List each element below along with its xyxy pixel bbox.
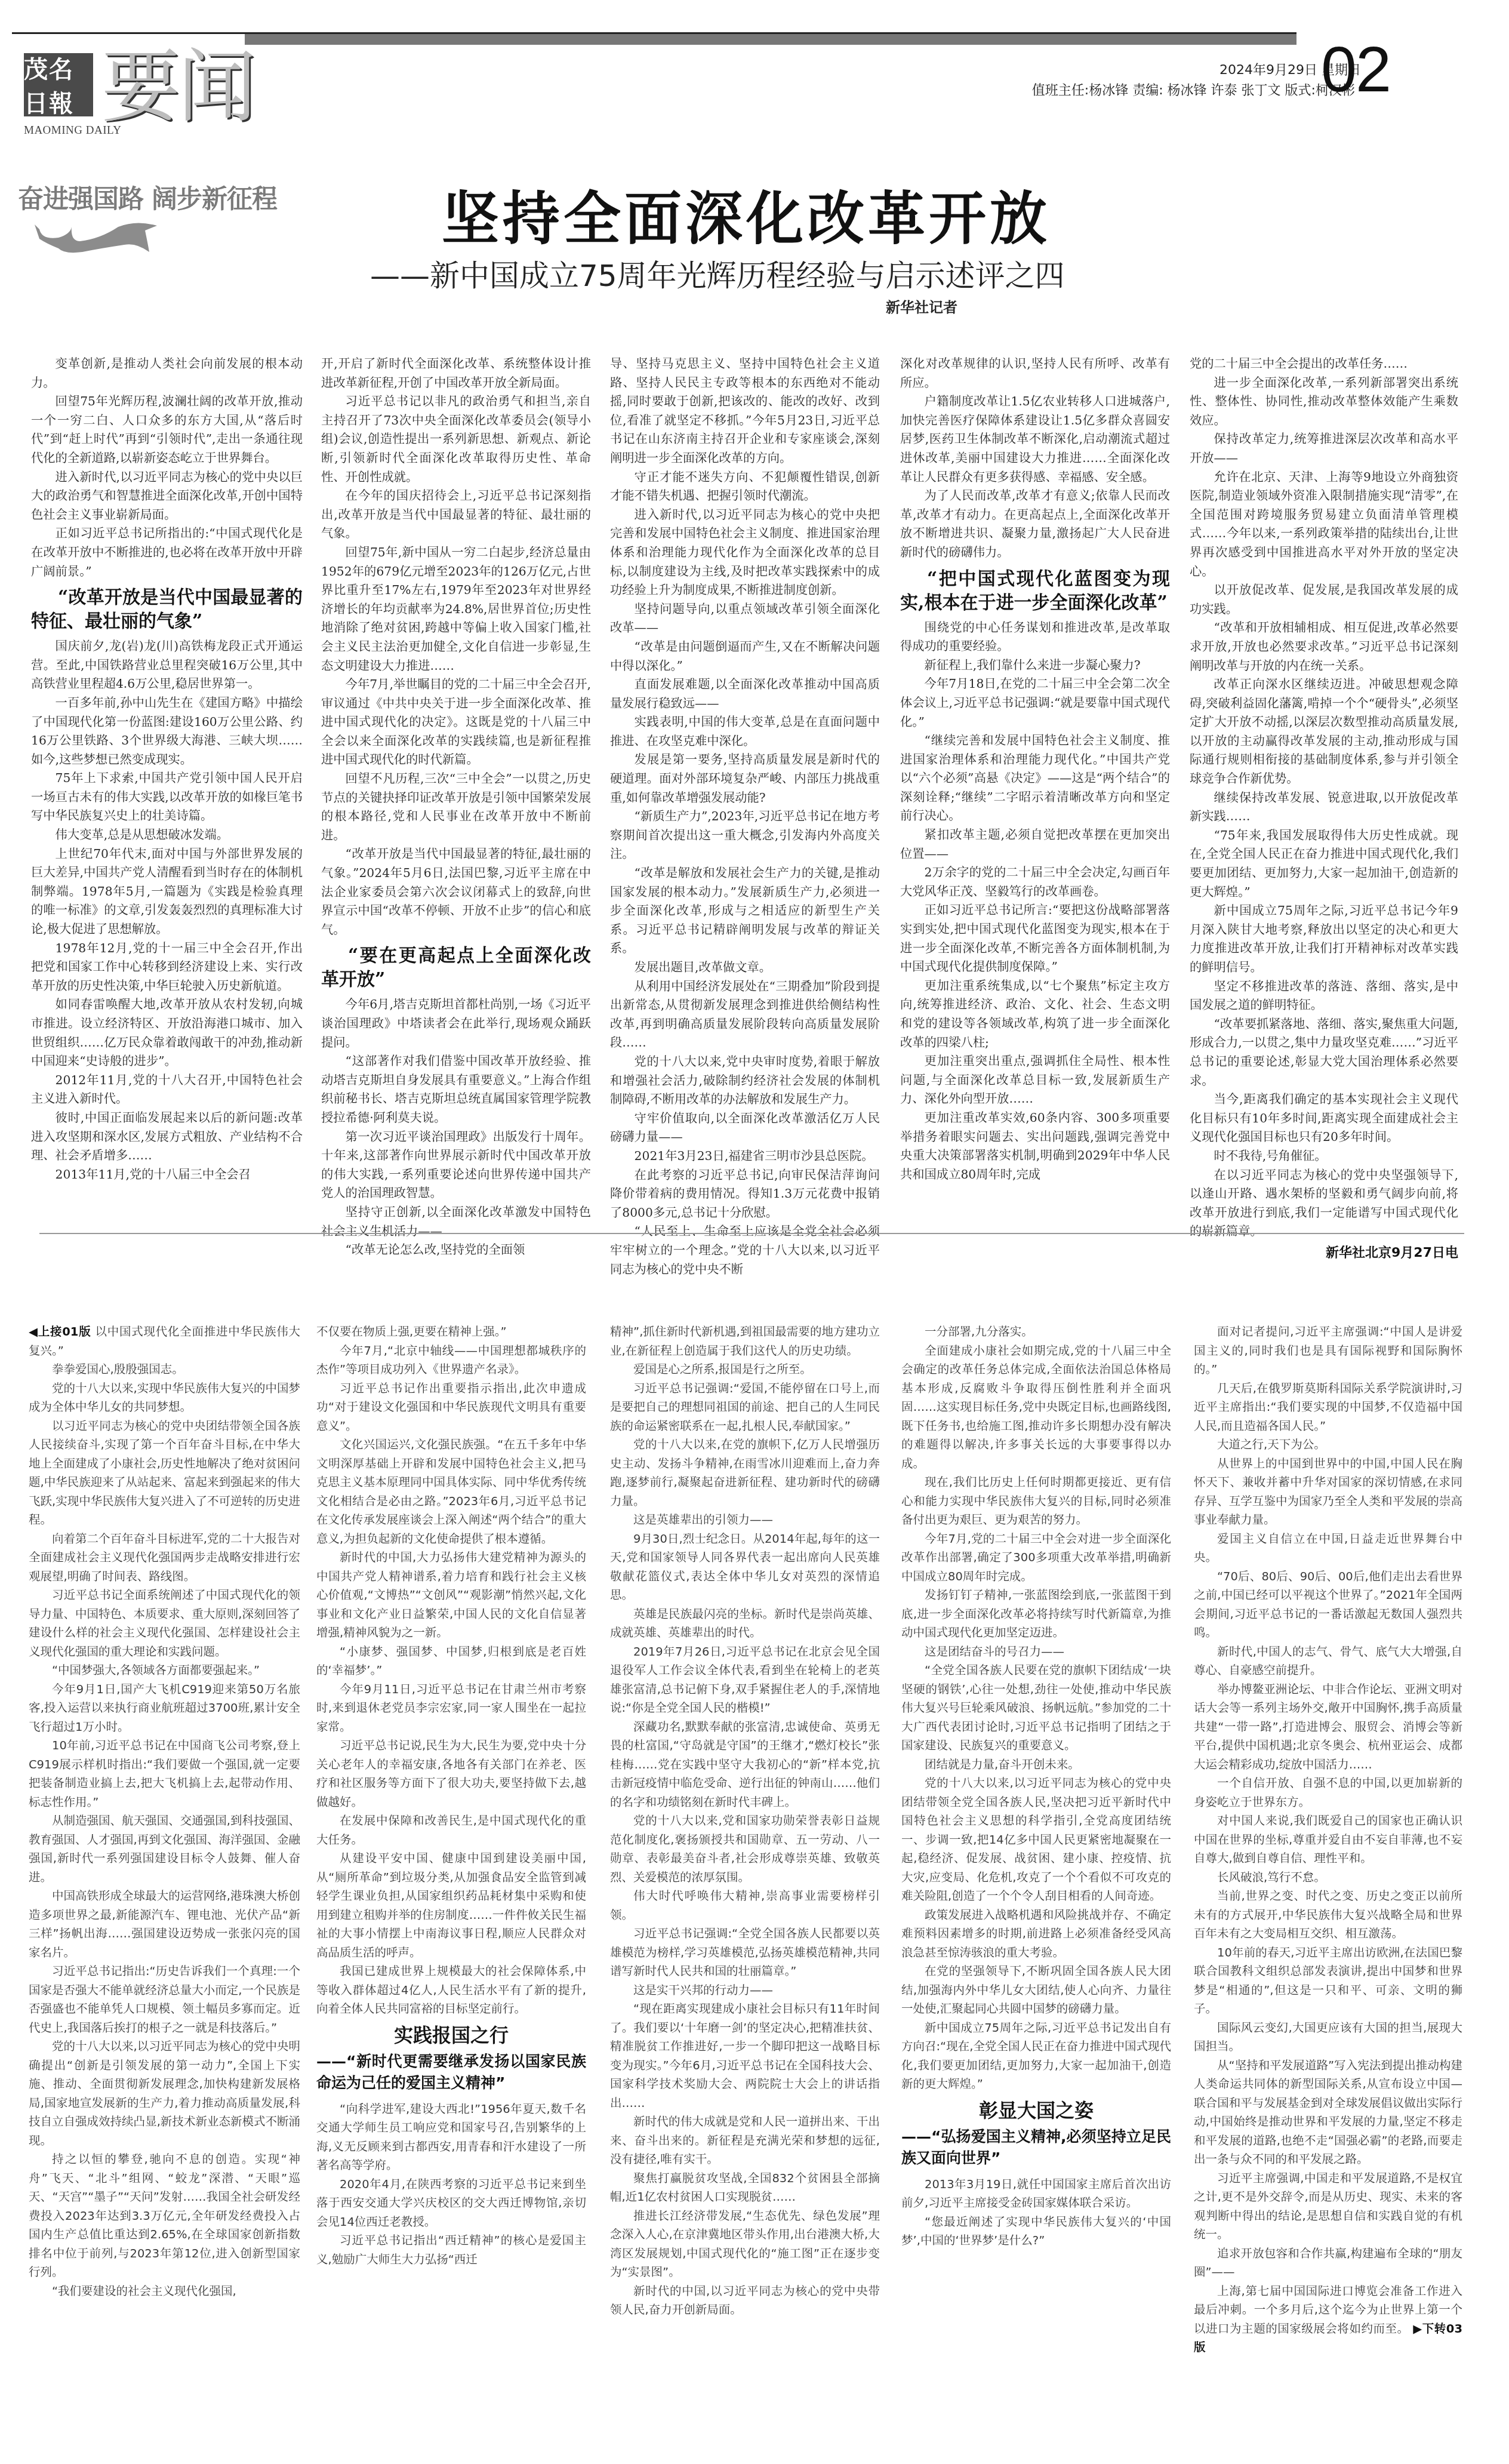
paragraph: 新时代的中国,大力弘扬伟大建党精神为源头的中国共产党人精神谱系,着力培育和践行社… xyxy=(316,1548,586,1642)
paragraph: 继续保持改革发展、锐意进取,以开放促改革新实践…… xyxy=(1190,789,1458,826)
article-column-1: 变革创新,是推动人类社会向前发展的根本动力。 回望75年光辉历程,波澜壮阔的改革… xyxy=(31,355,303,1310)
paragraph: 进入新时代,以习近平同志为核心的党中央把完善和发展中国特色社会主义制度、推进国家… xyxy=(610,506,880,600)
paragraph: 习近平总书记以非凡的政治勇气和担当,亲自主持召开了73次中央全面深化改革委员会(… xyxy=(321,392,591,487)
paragraph: “75年来,我国发展取得伟大历史性成就。现在,全党全国人民正在奋力推进中国式现代… xyxy=(1190,826,1458,902)
paragraph: 我国已建成世界上规模最大的社会保障体系,中等收入群体超过4亿人,人民生活水平有了… xyxy=(316,1962,586,2019)
paragraph: “这部著作对我们借鉴中国改革开放经验、推动塔吉克斯坦自身发展具有重要意义。”上海… xyxy=(321,1052,591,1127)
paragraph: 2013年11月,党的十八届三中全会召 xyxy=(31,1165,303,1185)
ribbon-icon xyxy=(35,221,160,257)
newspaper-logo[interactable]: 茂名日報 xyxy=(24,53,93,116)
paragraph: 坚定不移推进改革的落涟、落细、落实,是中国发展之道的鲜明特征。 xyxy=(1190,977,1458,1015)
section-heading: 彰显大国之姿 xyxy=(901,2099,1171,2122)
paragraph: “继续完善和发展中国特色社会主义制度、推进国家治理体系和治理能力现代化。”中国共… xyxy=(900,731,1170,826)
paragraph: “全党全国各族人民要在党的旗帜下团结成‘一块坚硬的钢铁’,心往一处想,劲往一处使… xyxy=(901,1661,1171,1755)
paragraph: 新征程上,我们靠什么来进一步凝心聚力? xyxy=(900,656,1170,675)
paragraph: 这是英雄辈出的引领力—— xyxy=(610,1511,880,1530)
paragraph: 坚持问题导向,以重点领域改革引领全面深化改革—— xyxy=(610,600,880,638)
paragraph: 发扬钉钉子精神,一张蓝图绘到底,一张蓝图干到底,进一步全面深化改革必将持续写时代… xyxy=(901,1586,1171,1642)
paragraph: 在发展中保障和改善民生,是中国式现代化的重大任务。 xyxy=(316,1811,586,1849)
paragraph: 第一次习近平谈治国理政》出版发行十周年。十年来,这部著作向世界展示新时代中国改革… xyxy=(321,1128,591,1203)
paragraph: 深化对改革规律的认识,坚持人民有所呼、改革有所应。 xyxy=(900,355,1170,392)
paragraph: 伟大变革,总是从思想破冰发端。 xyxy=(31,826,303,845)
paragraph: 国庆前夕,龙(岩)龙(川)高铁梅龙段正式开通运营。至此,中国铁路营业总里程突破1… xyxy=(31,637,303,694)
editorial-staff: 值班主任:杨冰锋 责编: 杨冰锋 许泰 张丁文 版式:柯汉彬 xyxy=(1032,80,1355,99)
paragraph: 习近平总书记指出“西迁精神”的核心是爱国主义,勉励广大师生大力弘扬“西迁 xyxy=(316,2231,586,2269)
page-number: 02 xyxy=(1321,37,1390,101)
section-heading: “要在更高起点上全面深化改革开放” xyxy=(321,944,591,992)
paragraph: 精神”,抓住新时代新机遇,到祖国最需要的地方建功立业,在新征程上创造属于我们这代… xyxy=(610,1322,880,1360)
paragraph: 英雄是民族最闪亮的坐标。新时代是崇尚英雄、成就英雄、英雄辈出的时代。 xyxy=(610,1605,880,1642)
paragraph: 为了人民而改革,改革才有意义;依靠人民而改革,改革才有动力。在更高起点上,全面深… xyxy=(900,487,1170,562)
paragraph: 不仅要在物质上强,更要在精神上强。” xyxy=(316,1322,586,1342)
paragraph: 上世纪70年代末,面对中国与外部世界发展的巨大差异,中国共产党人清醒看到当时存在… xyxy=(31,845,303,939)
paragraph: 今年6月,塔吉克斯坦首都杜尚别,一场《习近平谈治国理政》中塔读者会在此举行,现场… xyxy=(321,995,591,1052)
paragraph: 党的十八大以来,在党的旗帜下,亿万人民增强历史主动、发扬斗争精神,在雨雪冰川迎难… xyxy=(610,1435,880,1511)
paragraph: 习近平总书记说,民生为大,民生为要,党中央十分关心老年人的幸福安康,各地各有关部… xyxy=(316,1736,586,1811)
paragraph: 开,开启了新时代全面深化改革、系统整体设计推进改革新征程,开创了中国改革开放全新… xyxy=(321,355,591,392)
paragraph: 习近平总书记作出重要指示指出,此次申遗成功“对于建设文化强国和中华民族现代文明具… xyxy=(316,1379,586,1436)
paragraph: 今年7月18日,在党的二十届三中全会第二次全体会议上,习近平总书记强调:“就是要… xyxy=(900,675,1170,731)
paragraph: 对中国人来说,我们既爱自己的国家也正确认识中国在世界的坐标,尊重并爱自由不妄自菲… xyxy=(1194,1811,1462,1868)
paragraph: 中国高铁形成全球最大的运营网络,港珠澳大桥创造多项世界之最,新能源汽车、锂电池、… xyxy=(29,1887,300,1962)
paragraph: 正如习近平总书记所指出的:“中国式现代化是在改革开放中不断推进的,也必将在改革开… xyxy=(31,524,303,581)
paragraph: 追求开放包容和合作共赢,构建遍布全球的“朋友圈”—— xyxy=(1194,2244,1462,2282)
paragraph: 爱国主义自信立在中国,日益走近世界舞台中央。 xyxy=(1194,1530,1462,1567)
paragraph: 从建设平安中国、健康中国到建设美丽中国,从“厕所革命”到垃圾分类,从加强食品安全… xyxy=(316,1849,586,1962)
paragraph: 大道之行,天下为公。 xyxy=(1194,1435,1462,1454)
paragraph: 党的十八大以来,党中央审时度势,着眼于解放和增强社会活力,破除制约经济社会发展的… xyxy=(610,1053,880,1109)
paragraph: 在以习近平同志为核心的党中央坚强领导下,以逢山开路、遇水架桥的坚毅和勇气阔步向前… xyxy=(1190,1166,1458,1241)
section-subheading: ——“新时代更需要继承发扬以国家民族命运为己任的爱国主义精神” xyxy=(316,2051,586,2094)
paragraph: 拳拳爱国心,殷殷强国志。 xyxy=(29,1360,300,1379)
paragraph: 在今年的国庆招待会上,习近平总书记深刻指出,改革开放是当代中国最显著的特征、最壮… xyxy=(321,487,591,543)
paragraph: 这是实干兴邦的行动力—— xyxy=(610,1981,880,2000)
paragraph: 更加注重改革实效,60条内容、300多项重要举措务着眼实问题去、实出问题践,强调… xyxy=(900,1109,1170,1184)
paragraph: 保持改革定力,统筹推进深层次改革和高水平开放—— xyxy=(1190,430,1458,467)
paragraph: “70后、80后、90后、00后,他们走出去看世界之前,中国已经可以平视这个世界… xyxy=(1194,1567,1462,1642)
paragraph: 面对记者提问,习近平主席强调:“中国人是讲爱国主义的,同时我们也是具有国际视野和… xyxy=(1194,1322,1462,1379)
paragraph: 今年7月,“北京中轴线——中国理想都城秩序的杰作”等项目成功列入《世界遗产名录》… xyxy=(316,1342,586,1379)
paragraph: “改革是由问题倒逼而产生,又在不断解决问题中得以深化。” xyxy=(610,638,880,675)
paragraph: 回望不凡历程,三次“三中全会”一以贯之,历史节点的关键抉择印证改革开放是引领中国… xyxy=(321,770,591,845)
paragraph: 10年前,习近平总书记在中国商飞公司考察,登上C919展示样机时指出:“我们要做… xyxy=(29,1736,300,1811)
continued-column-4: 一分部署,九分落实。 全面建成小康社会如期完成,党的十八届三中全会确定的改革任务… xyxy=(901,1322,1171,2463)
paragraph: “改革无论怎么改,坚持党的全面领 xyxy=(321,1241,591,1260)
paragraph: 直面发展难题,以全面深化改革推动中国高质量发展行稳致远—— xyxy=(610,675,880,713)
article-subhead: ——新中国成立75周年光辉历程经验与启示述评之四 xyxy=(370,252,1065,295)
paragraph: 党的十八大以来,实现中华民族伟大复兴的中国梦成为全体中华儿女的共同梦想。 xyxy=(29,1379,300,1417)
article-column-5: 党的二十届三中全会提出的改革任务…… 进一步全面深化改革,一系列新部署突出系统性… xyxy=(1190,355,1458,1310)
paragraph: 2万余字的党的二十届三中全会决定,勾画百年大党风华正茂、坚毅笃行的改革画卷。 xyxy=(900,863,1170,901)
paragraph: 聚焦打赢脱贫攻坚战,全国832个贫困县全部摘帽,近1亿农村贫困人口实现脱贫…… xyxy=(610,2169,880,2207)
paragraph: 发展出题目,改革做文章。 xyxy=(610,958,880,977)
paragraph: 2021年3月23日,福建省三明市沙县总医院。 xyxy=(610,1147,880,1166)
paragraph: “我们要建设的社会主义现代化强国, xyxy=(29,2282,300,2301)
paragraph: 从“坚持和平发展道路”写入宪法到提出推动构建人类命运共同体的新型国际关系,从宣布… xyxy=(1194,2056,1462,2169)
paragraph: 以开放促改革、促发展,是我国改革发展的成功实践。 xyxy=(1190,581,1458,619)
paragraph: 现在,我们比历史上任何时期都更接近、更有信心和能力实现中华民族伟大复兴的目标,同… xyxy=(901,1473,1171,1530)
paragraph: 党的十八大以来,以习近平同志为核心的党中央明确提出“创新是引领发展的第一动力”,… xyxy=(29,2037,300,2150)
paragraph: 习近平总书记指出:“历史告诉我们一个真理:一个国家是否强大不能单就经济总量大小而… xyxy=(29,1962,300,2037)
continued-from-link[interactable]: ◀上接01版 xyxy=(29,1325,91,1339)
paragraph: 如同春雷唤醒大地,改革开放从农村发轫,向城市推进。设立经济特区、开放沿海港口城市… xyxy=(31,995,303,1070)
section-heading: “把中国式现代化蓝图变为现实,根本在于进一步全面深化改革” xyxy=(900,567,1170,615)
paragraph: 习近平总书记强调:“爱国,不能停留在口号上,而是要把自己的理想同祖国的前途、把自… xyxy=(610,1379,880,1436)
section-heading: “改革开放是当代中国最显著的特征、最壮丽的气象” xyxy=(31,586,303,633)
paragraph: 一百多年前,孙中山先生在《建国方略》中描绘了中国现代化第一份蓝图:建设160万公… xyxy=(31,694,303,769)
paragraph: 围绕党的中心任务谋划和推进改革,是改革取得成功的重要经验。 xyxy=(900,619,1170,656)
paragraph: 几天后,在俄罗斯莫斯科国际关系学院演讲时,习近平主席指出:“我们要实现的中国梦,… xyxy=(1194,1379,1462,1436)
paragraph: 更加注重系统集成,以“七个聚焦”标定主攻方向,统筹推进经济、政治、文化、社会、生… xyxy=(900,977,1170,1052)
paragraph: 这是团结奋斗的号召力—— xyxy=(901,1642,1171,1662)
paragraph: 2019年7月26日,习近平总书记在北京会见全国退役军人工作会议全体代表,看到坐… xyxy=(610,1642,880,1718)
paragraph: “改革要抓紧落地、落细、落实,聚焦重大问题,形成合力,一以贯之,集中力量攻坚克难… xyxy=(1190,1015,1458,1090)
section-title: 要闻 xyxy=(101,48,254,127)
paragraph: 坚持守正创新,以全面深化改革激发中国特色社会主义生机活力—— xyxy=(321,1203,591,1241)
paragraph: 国际风云变幻,大国更应该有大国的担当,展现大国担当。 xyxy=(1194,2019,1462,2056)
section-subheading: ——“弘扬爱国主义精神,必须坚持立足民族又面向世界” xyxy=(901,2126,1171,2169)
column-banner: 奋进强国路 阔步新征程 xyxy=(18,179,155,216)
paragraph: “人民至上、生命至上应该是全党全社会必须牢牢树立的一个理念。”党的十八大以来,以… xyxy=(610,1222,880,1279)
paragraph: 9月30日,烈士纪念日。从2014年起,每年的这一天,党和国家领导人同各界代表一… xyxy=(610,1530,880,1605)
paragraph: 党的二十届三中全会提出的改革任务…… xyxy=(1190,355,1458,374)
paragraph: 持之以恒的攀登,驰向不息的创造。实现“神舟”飞天、“北斗”组网、“蛟龙”深潜、“… xyxy=(29,2150,300,2282)
newspaper-logo-en: MAOMING DAILY xyxy=(24,124,93,137)
paragraph: 回望75年,新中国从一穷二白起步,经济总量由1952年的679亿元增至2023年… xyxy=(321,543,591,675)
paragraph: 户籍制度改革让1.5亿农业转移人口进城落户,加快完善医疗保障体系建设让1.5亿多… xyxy=(900,392,1170,487)
paragraph: 新中国成立75周年之际,习近平总书记今年9月深入陕甘大地考察,释放出以坚定的决心… xyxy=(1190,902,1458,977)
article-column-2: 开,开启了新时代全面深化改革、系统整体设计推进改革新征程,开创了中国改革开放全新… xyxy=(321,355,591,1310)
paragraph: 彼时,中国正面临发展起来以后的新问题:改革进入攻坚期和深水区,发展方式粗放、产业… xyxy=(31,1109,303,1165)
paragraph: 变革创新,是推动人类社会向前发展的根本动力。 xyxy=(31,355,303,392)
paragraph: 在此考察的习近平总书记,向审民保洁萍询问降价带着病的费用情况。得知1.3万元花费… xyxy=(610,1166,880,1223)
paragraph: 团结就是力量,奋斗开创未来。 xyxy=(901,1755,1171,1774)
paragraph: 10年前的春天,习近平主席出访欧洲,在法国巴黎联合国教科文组织总部发表演讲,提出… xyxy=(1194,1943,1462,2019)
paragraph: “向科学进军,建设大西北!”1956年夏天,数千名交通大学师生员工响应党和国家号… xyxy=(316,2100,586,2175)
paragraph: 上海,第七届中国国际进口博览会准备工作进入最后冲刺。一个多月后,这个迄今为止世界… xyxy=(1194,2282,1462,2357)
paragraph: 以习近平同志为核心的党中央团结带领全国各族人民接续奋斗,实现了第一个百年奋斗目标… xyxy=(29,1417,300,1530)
paragraph: 伟大时代呼唤伟大精神,崇高事业需要榜样引领。 xyxy=(610,1887,880,1924)
paragraph: 守正才能不迷失方向、不犯颠覆性错误,创新才能不错失机遇、把握引领时代潮流。 xyxy=(610,468,880,506)
paragraph: 党的十八大以来,党和国家功勋荣誉表彰日益规范化制度化,褒扬颁授共和国勋章、五一劳… xyxy=(610,1811,880,1887)
paragraph: 今年9月1日,国产大飞机C919迎来第50万名旅客,投入运营以来执行商业航班超过… xyxy=(29,1680,300,1737)
paragraph: 紧扣改革主题,必须自觉把改革摆在更加突出位置—— xyxy=(900,826,1170,863)
article-column-3: 导、坚持马克思主义、坚持中国特色社会主义道路、坚持人民民主专政等根本的东西绝对不… xyxy=(610,355,880,1310)
paragraph: “现在距离实现建成小康社会目标只有11年时间了。我们要以‘十年磨一剑’的坚定决心… xyxy=(610,1999,880,2112)
paragraph: 新中国成立75周年之际,习近平总书记发出自有方向召:“现在,全党全国人民正在奋力… xyxy=(901,2019,1171,2094)
paragraph: 进一步全面深化改革,一系列新部署突出系统性、整体性、协同性,推动改革整体效能产生… xyxy=(1190,374,1458,430)
paragraph: 新时代的中国,以习近平同志为核心的党中央带领人民,奋力开创新局面。 xyxy=(610,2282,880,2320)
paragraph: 今年7月,举世瞩目的党的二十届三中全会召开,审议通过《中共中央关于进一步全面深化… xyxy=(321,675,591,770)
paragraph: 政策发展进入战略机遇和风险挑战并存、不确定难预料因素增多的时期,前进路上必须准备… xyxy=(901,1906,1171,1962)
paragraph: 发展是第一要务,坚持高质量发展是新时代的硬道理。面对外部环境复杂严峻、内部压力挑… xyxy=(610,750,880,807)
paragraph: 一个自信开放、自强不息的中国,以更加崭新的身姿屹立于世界东方。 xyxy=(1194,1774,1462,1811)
paragraph: 2012年11月,党的十八大召开,中国特色社会主义进入新时代。 xyxy=(31,1071,303,1109)
paragraph: 习近平总书记全面系统阐述了中国式现代化的领导力量、中国特色、本质要求、重大原则,… xyxy=(29,1586,300,1661)
paragraph: 正如习近平总书记所言:“要把这份战略部署落实到实处,把中国式现代化蓝图变为现实,… xyxy=(900,901,1170,976)
paragraph: 更加注重突出重点,强调抓住全局性、根本性问题,与全面深化改革总目标一致,发展新质… xyxy=(900,1052,1170,1109)
continued-column-5: 面对记者提问,习近平主席强调:“中国人是讲爱国主义的,同时我们也是具有国际视野和… xyxy=(1194,1322,1462,2463)
paragraph: 2020年4月,在陕西考察的习近平总书记来到坐落于西安交通大学兴庆校区的交大西迁… xyxy=(316,2175,586,2232)
paragraph: 深藏功名,默默奉献的张富清,忠诚使命、英勇无畏的杜富国,“守岛就是守国”的王继才… xyxy=(610,1718,880,1812)
continued-column-3: 精神”,抓住新时代新机遇,到祖国最需要的地方建功立业,在新征程上创造属于我们这代… xyxy=(610,1322,880,2463)
section-heading: 实践报国之行 xyxy=(316,2023,586,2047)
paragraph: 75年上下求索,中国共产党引领中国人民开启一场亘古未有的伟大实践,以改革开放的如… xyxy=(31,769,303,826)
paragraph: 1978年12月,党的十一届三中全会召开,作出把党和国家工作中心转移到经济建设上… xyxy=(31,939,303,996)
paragraph: 一分部署,九分落实。 xyxy=(901,1322,1171,1342)
paragraph: 在党的坚强领导下,不断巩固全国各族人民大团结,加强海内外中华儿女大团结,使人心向… xyxy=(901,1962,1171,2019)
paragraph: 习近平总书记强调:“全党全国各族人民都要以英雄模范为榜样,学习英雄模范,弘扬英雄… xyxy=(610,1924,880,1981)
paragraph: 今年7月,党的二十届三中全会对进一步全面深化改革作出部署,确定了300多项重大改… xyxy=(901,1530,1171,1586)
paragraph: “小康梦、强国梦、中国梦,归根到底是老百姓的‘幸福梦’。” xyxy=(316,1642,586,1680)
paragraph: 向着第二个百年奋斗目标进军,党的二十大报告对全面建成社会主义现代化强国两步走战略… xyxy=(29,1530,300,1586)
paragraph: 从制造强国、航天强国、交通强国,到科技强国、教育强国、人才强国,再到文化强国、海… xyxy=(29,1811,300,1887)
paragraph: 新时代的伟大成就是党和人民一道拼出来、干出来、奋斗出来的。新征程是充满光荣和梦想… xyxy=(610,2112,880,2169)
paragraph: 时不我待,号角催征。 xyxy=(1190,1147,1458,1166)
paragraph: “新质生产力”,2023年,习近平总书记在地方考察期间首次提出这一重大概念,引发… xyxy=(610,807,880,864)
paragraph: 举办博鳌亚洲论坛、中非合作论坛、亚洲文明对话大会等一系列主场外交,敞开中国胸怀,… xyxy=(1194,1680,1462,1774)
paragraph: 进入新时代,以习近平同志为核心的党中央以巨大的政治勇气和智慧推进全面深化改革,开… xyxy=(31,468,303,525)
article-byline: 新华社记者 xyxy=(886,296,957,316)
paragraph: 新时代,中国人的志气、骨气、底气大大增强,自尊心、自豪感空前提升。 xyxy=(1194,1642,1462,1680)
continued-column-2: 不仅要在物质上强,更要在精神上强。” 今年7月,“北京中轴线——中国理想都城秩序… xyxy=(316,1322,586,2463)
article-dateline: 新华社北京9月27日电 xyxy=(1190,1244,1458,1263)
paragraph: “中国梦强大,各领域各方面都要强起来。” xyxy=(29,1661,300,1680)
paragraph: 今年9月11日,习近平总书记在甘肃兰州市考察时,来到退休老党员李宗宏家,同一家人… xyxy=(316,1680,586,1737)
paragraph: 全面建成小康社会如期完成,党的十八届三中全会确定的改革任务总体完成,全面依法治国… xyxy=(901,1342,1171,1474)
paragraph: 习近平主席强调,中国走和平发展道路,不是权宜之计,更不是外交辞令,而是从历史、现… xyxy=(1194,2169,1462,2244)
paragraph: 当今,距离我们确定的基本实现社会主义现代化目标只有10年多时间,距离实现全面建成… xyxy=(1190,1090,1458,1147)
paragraph: 爱国是心之所系,报国是行之所至。 xyxy=(610,1360,880,1379)
paragraph: 改革正向深水区继续迈进。冲破思想观念障碍,突破利益固化藩篱,啃掉一个个“硬骨头”… xyxy=(1190,675,1458,789)
paragraph: “改革是解放和发展社会生产力的关键,是推动国家发展的根本动力。”发展新质生产力,… xyxy=(610,864,880,958)
paragraph: 从利用中国经济发展处在“三期叠加”阶段到提出新常态,从贯彻新发展理念到推进供给侧… xyxy=(610,977,880,1053)
paragraph: 实践表明,中国的伟大变革,总是在直面问题中推进、在攻坚克难中深化。 xyxy=(610,713,880,750)
masthead-bar xyxy=(245,34,1296,45)
paragraph: 当前,世界之变、时代之变、历史之变正以前所未有的方式展开,中华民族伟大复兴战略全… xyxy=(1194,1887,1462,1943)
article-headline[interactable]: 坚持全面深化改革开放 xyxy=(442,173,1051,255)
paragraph: “改革和开放相辅相成、相互促进,改革必然要求开放,开放也必然要求改革。”习近平总… xyxy=(1190,619,1458,675)
paragraph: 长风破浪,笃行不怠。 xyxy=(1194,1868,1462,1887)
paragraph: “改革开放是当代中国最显著的特征,最壮丽的气象。”2024年5月6日,法国巴黎,… xyxy=(321,845,591,939)
article-column-4: 深化对改革规律的认识,坚持人民有所呼、改革有所应。 户籍制度改革让1.5亿农业转… xyxy=(900,355,1170,1310)
paragraph: 2013年3月19日,就任中国国家主席后首次出访前夕,习近平主席接受金砖国家媒体… xyxy=(901,2175,1171,2213)
paragraph: 守牢价值取向,以全面深化改革激活亿万人民磅礴力量—— xyxy=(610,1109,880,1147)
continued-column-1: ◀上接01版 以中国式现代化全面推进中华民族伟大复兴。” 拳拳爱国心,殷殷强国志… xyxy=(29,1322,300,2463)
paragraph: 文化兴国运兴,文化强民族强。“在五千多年中华文明深厚基础上开辟和发展中国特色社会… xyxy=(316,1435,586,1548)
paragraph: 回望75年光辉历程,波澜壮阔的改革开放,推动一个一穷二白、人口众多的东方大国,从… xyxy=(31,392,303,467)
paragraph: 导、坚持马克思主义、坚持中国特色社会主义道路、坚持人民民主专政等根本的东西绝对不… xyxy=(610,355,880,468)
paragraph: 允许在北京、天津、上海等9地设立外商独资医院,制造业领域外资准入限制措施实现“清… xyxy=(1190,468,1458,582)
paragraph: 推进长江经济带发展,“生态优先、绿色发展”理念深入人心,在京津冀地区带头作用,出… xyxy=(610,2207,880,2282)
section-divider xyxy=(39,1233,1464,1234)
banner-text: 奋进强国路 阔步新征程 xyxy=(18,179,155,216)
paragraph: 从世界上的中国到世界中的中国,中国人民在胸怀天下、兼收并蓄中升华对国家的深切情感… xyxy=(1194,1454,1462,1530)
paragraph: 党的十八大以来,以习近平同志为核心的党中央团结带领全党全国各族人民,坚决把习近平… xyxy=(901,1774,1171,1906)
paragraph: “您最近阐述了实现中华民族伟大复兴的‘中国梦’,中国的‘世界梦’是什么?” xyxy=(901,2213,1171,2250)
